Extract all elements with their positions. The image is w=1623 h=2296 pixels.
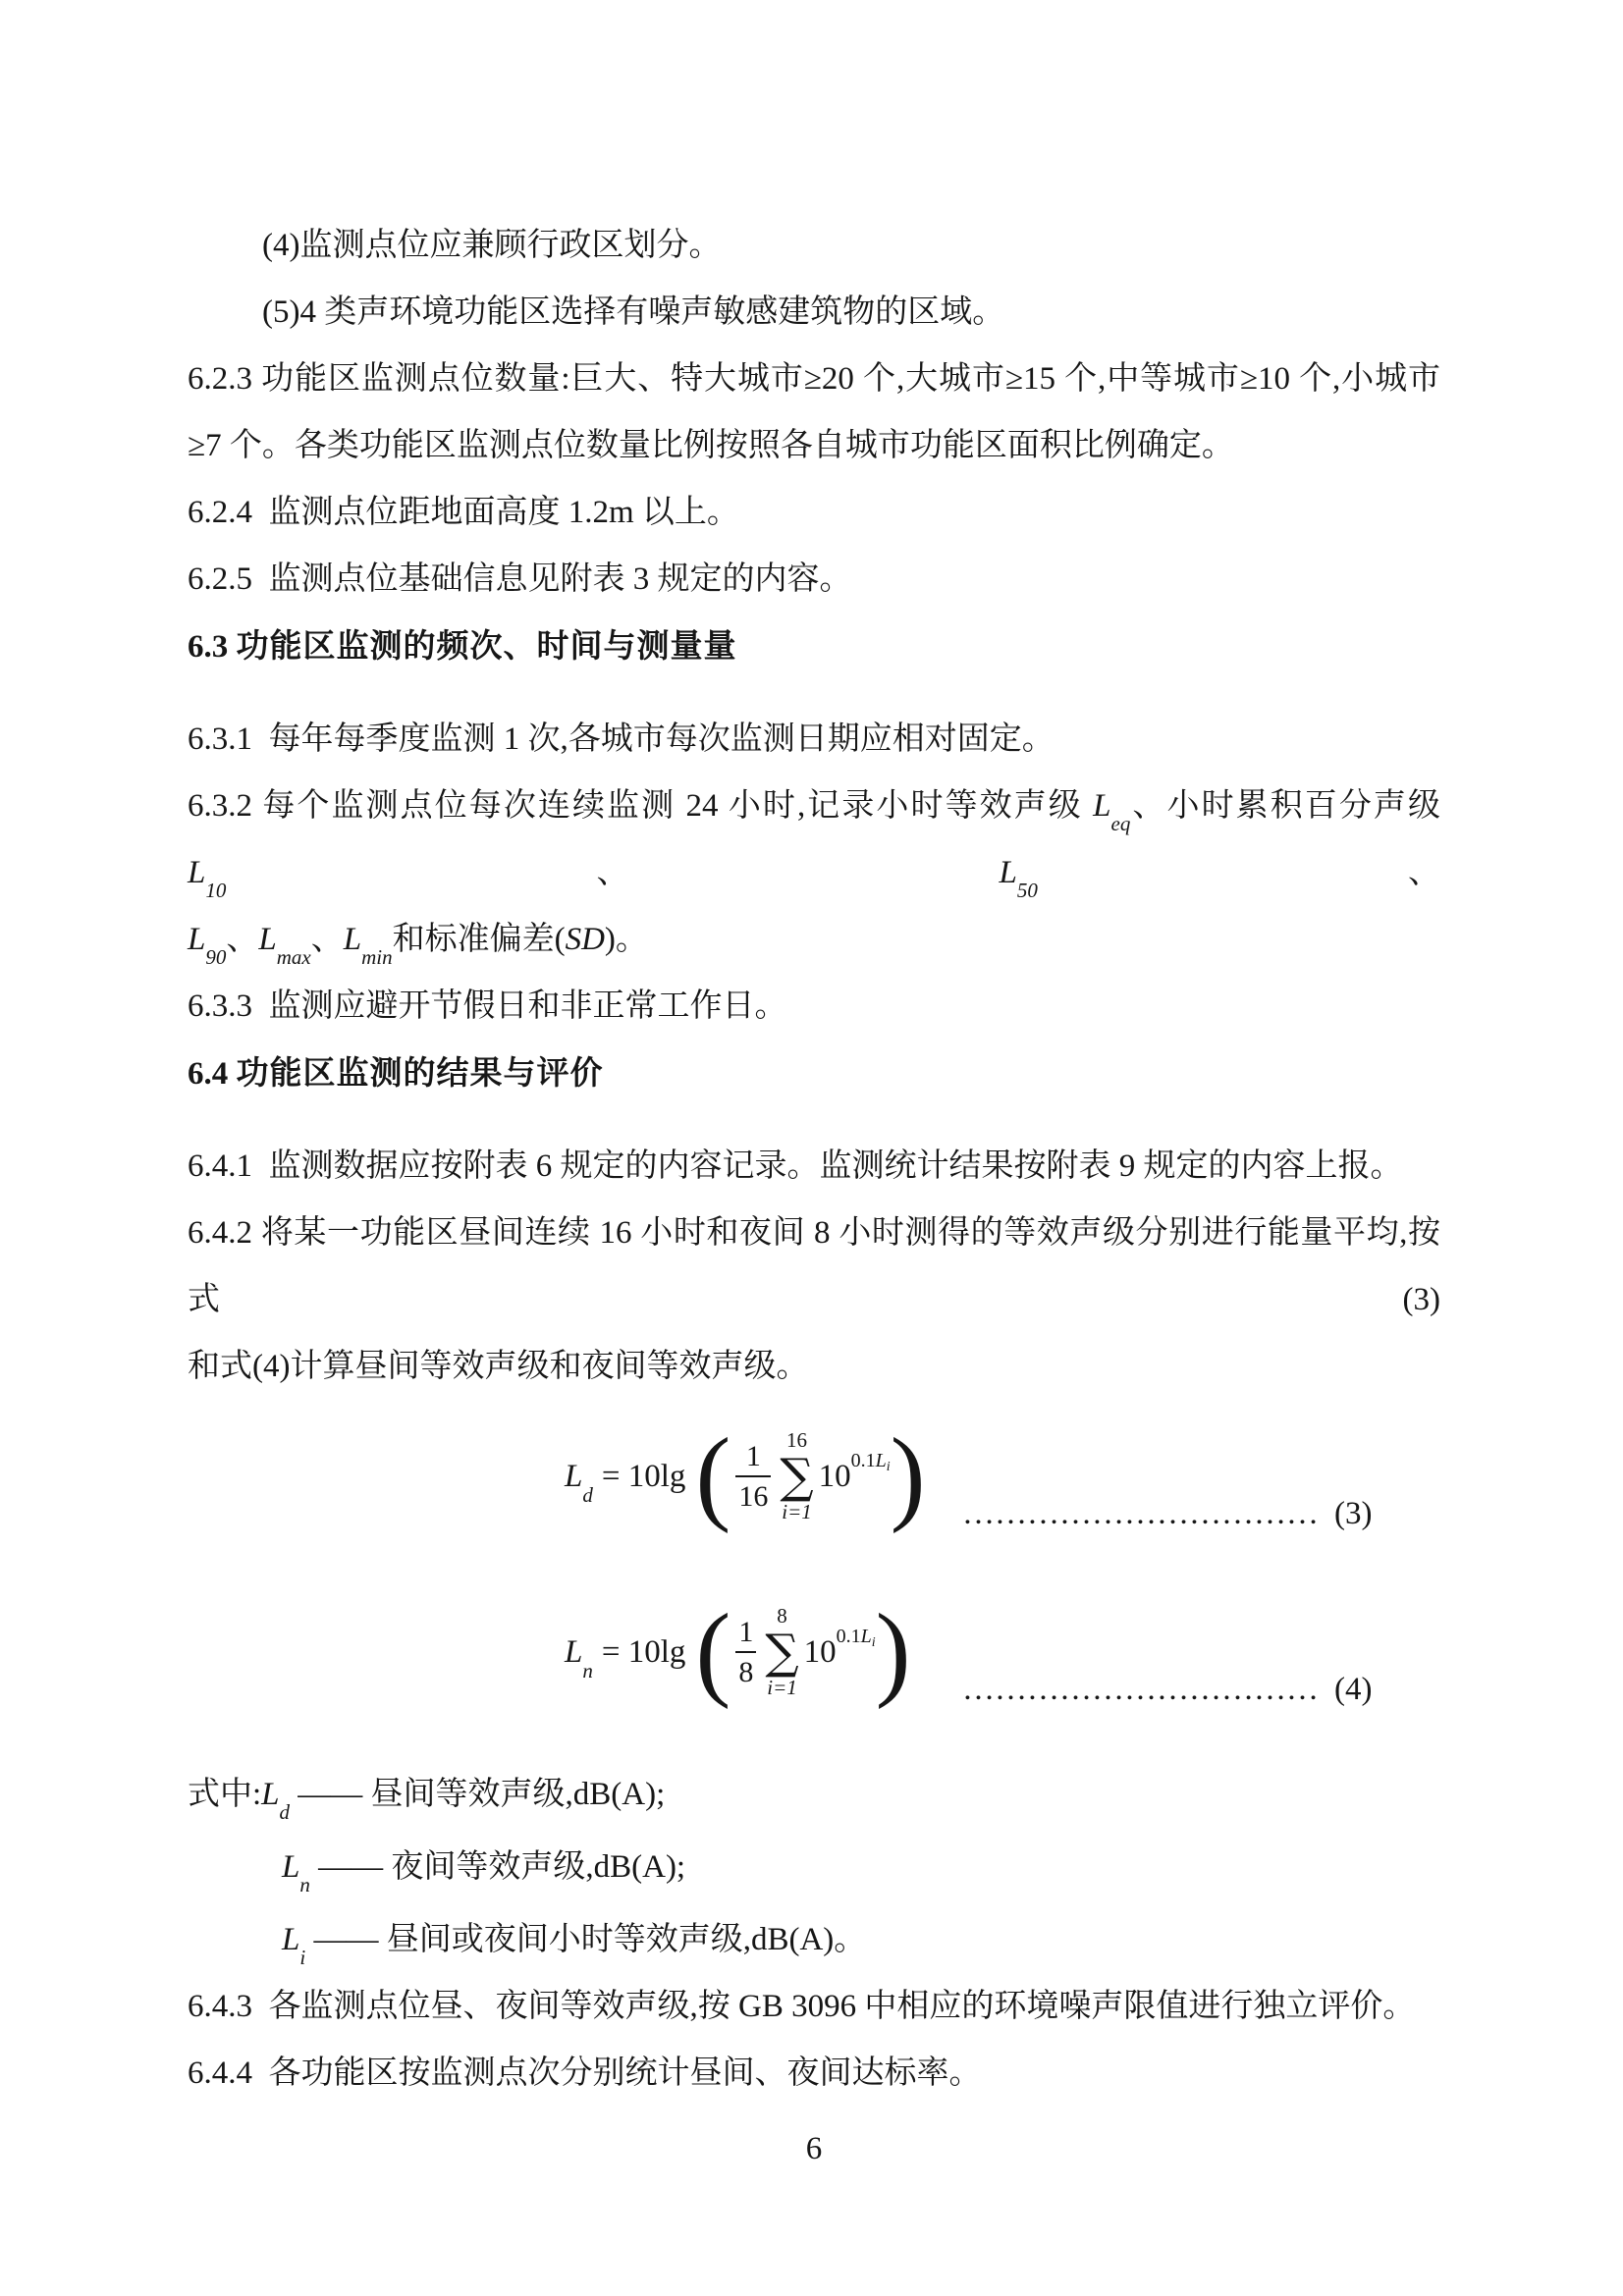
dot-leader: …………………………… (962, 1496, 1319, 1531)
right-parenthesis: ) (891, 1427, 926, 1524)
paragraph-6-4-4: 6.4.4 各功能区按监测点次分别统计昼间、夜间达标率。 (188, 2040, 1440, 2107)
paragraph-6-4-2-line-1: 6.4.2 将某一功能区昼间连续 16 小时和夜间 8 小时测得的等效声级分别进… (188, 1200, 1440, 1333)
section-heading-6-3: 6.3 功能区监测的频次、时间与测量量 (188, 613, 1440, 680)
equation-3-block: Ld = 10lg ( 1 16 16 ∑ i=1 100.1Li ) …………… (188, 1419, 1440, 1567)
page-number: 6 (188, 2116, 1440, 2181)
fraction-1-over-16: 1 16 (735, 1437, 771, 1516)
section-heading-6-4: 6.4 功能区监测的结果与评价 (188, 1040, 1440, 1107)
summation-symbol: 8 ∑ i=1 (765, 1605, 798, 1700)
definition-ln: Ln —— 夜间等效声级,dB(A); (188, 1834, 1440, 1900)
left-parenthesis: ( (695, 1603, 730, 1700)
equation-4-reference: ……………………………(4) (962, 1672, 1372, 1708)
equation-4-operator: = 10lg (602, 1634, 686, 1671)
equation-3-reference: ……………………………(3) (962, 1496, 1372, 1532)
paragraph-6-3-1: 6.3.1 每年每季度监测 1 次,各城市每次监测日期应相对固定。 (188, 706, 1440, 773)
definition-ld: 式中:Ld —— 昼间等效声级,dB(A); (188, 1761, 1440, 1828)
paragraph-6-2-5: 6.2.5 监测点位基础信息见附表 3 规定的内容。 (188, 546, 1440, 613)
paragraph-6-2-3-line-2: ≥7 个。各类功能区监测点位数量比例按照各自城市功能区面积比例确定。 (188, 412, 1440, 479)
paragraph-6-3-2-line-2: L90、Lmax、Lmin和标准偏差(SD)。 (188, 906, 1440, 973)
left-parenthesis: ( (695, 1427, 730, 1524)
paragraph-6-2-3-line-1: 6.2.3 功能区监测点位数量:巨大、特大城市≥20 个,大城市≥15 个,中等… (188, 346, 1440, 412)
equation-3-lhs: Ld (565, 1459, 593, 1495)
equation-3-number: (3) (1334, 1496, 1372, 1531)
equation-4: Ln = 10lg ( 1 8 8 ∑ i=1 100.1Li ) (565, 1595, 911, 1709)
equation-4-number: (4) (1334, 1672, 1372, 1707)
definition-li: Li —— 昼间或夜间小时等效声级,dB(A)。 (188, 1906, 1440, 1973)
paragraph-6-3-3: 6.3.3 监测应避开节假日和非正常工作日。 (188, 973, 1440, 1040)
paragraph-6-4-2-line-2: 和式(4)计算昼间等效声级和夜间等效声级。 (188, 1333, 1440, 1400)
power-term: 100.1Li (804, 1634, 876, 1671)
dot-leader: …………………………… (962, 1672, 1319, 1707)
paragraph-6-4-3: 6.4.3 各监测点位昼、夜间等效声级,按 GB 3096 中相应的环境噪声限值… (188, 1973, 1440, 2040)
power-term: 100.1Li (819, 1459, 891, 1495)
equation-4-lhs: Ln (565, 1634, 593, 1671)
paragraph-6-3-2-line-1: 6.3.2 每个监测点位每次连续监测 24 小时,记录小时等效声级 Leq、小时… (188, 773, 1440, 906)
summation-symbol: 16 ∑ i=1 (780, 1429, 813, 1524)
list-item-5: (5)4 类声环境功能区选择有噪声敏感建筑物的区域。 (188, 279, 1440, 346)
list-item-4: (4)监测点位应兼顾行政区划分。 (188, 212, 1440, 279)
paragraph-6-4-1: 6.4.1 监测数据应按附表 6 规定的内容记录。监测统计结果按附表 9 规定的… (188, 1133, 1440, 1200)
equation-3-operator: = 10lg (602, 1459, 686, 1495)
right-parenthesis: ) (876, 1603, 911, 1700)
equation-4-block: Ln = 10lg ( 1 8 8 ∑ i=1 100.1Li ) ………………… (188, 1595, 1440, 1742)
equation-3: Ld = 10lg ( 1 16 16 ∑ i=1 100.1Li ) (565, 1419, 926, 1533)
document-page: (4)监测点位应兼顾行政区划分。 (5)4 类声环境功能区选择有噪声敏感建筑物的… (0, 0, 1623, 2296)
paragraph-6-2-4: 6.2.4 监测点位距地面高度 1.2m 以上。 (188, 479, 1440, 546)
fraction-1-over-8: 1 8 (735, 1613, 756, 1691)
